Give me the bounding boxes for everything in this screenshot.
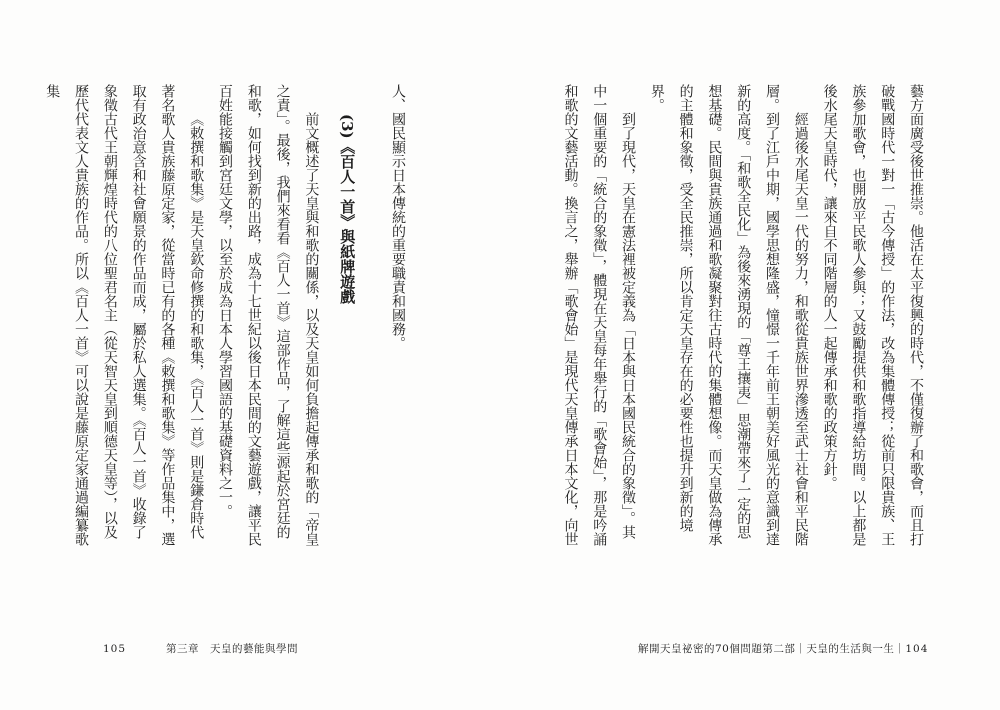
page-left-text: 人、國民顯示日本傳統的重要職責和國務。 (3)《百人一首》與紙牌遊戲 前文概述了… xyxy=(37,84,412,548)
footer-left: 105 第三章 天皇的藝能與學問 xyxy=(103,641,298,656)
body-paragraph: 《敕撰和歌集》是天皇欽命修撰的和歌集，《百人一首》則是鎌倉時代著名歌人貴族藤原定… xyxy=(37,84,210,548)
book-spread: 藝方面廣受後世推崇。他活在太平復興的時代，不僅復辦了和歌會，而且打破戰國時代一對… xyxy=(0,0,1000,710)
section-heading: (3)《百人一首》與紙牌遊戲 xyxy=(332,84,361,548)
footer-chapter-title: 第三章 天皇的藝能與學問 xyxy=(166,641,298,656)
body-paragraph-continuation: 人、國民顯示日本傳統的重要職責和國務。 xyxy=(383,84,412,548)
body-paragraph: 到了現代，天皇在憲法裡被定義為「日本與日本國民統合的象徵」。其中一個重要的「統合… xyxy=(556,84,642,548)
footer-right: 解開天皇祕密的70個問題第二部｜天皇的生活與一生｜ 104 xyxy=(638,641,920,656)
page-right-text: 藝方面廣受後世推崇。他活在太平復興的時代，不僅復辦了和歌會，而且打破戰國時代一對… xyxy=(556,84,930,548)
body-paragraph: 前文概述了天皇與和歌的關係，以及天皇如何負擔起傳承和歌的「帝皇之責」。最後，我們… xyxy=(210,84,325,548)
body-paragraph: 藝方面廣受後世推崇。他活在太平復興的時代，不僅復辦了和歌會，而且打破戰國時代一對… xyxy=(815,84,930,548)
footer-book-title: 解開天皇祕密的70個問題第二部｜天皇的生活與一生｜ xyxy=(638,641,905,656)
body-paragraph: 經過後水尾天皇一代的努力，和歌從貴族世界滲透至武士社會和平民階層。到了江戶中期，… xyxy=(642,84,815,548)
page-number-left: 105 xyxy=(103,643,126,655)
page-number-right: 104 xyxy=(905,643,928,655)
